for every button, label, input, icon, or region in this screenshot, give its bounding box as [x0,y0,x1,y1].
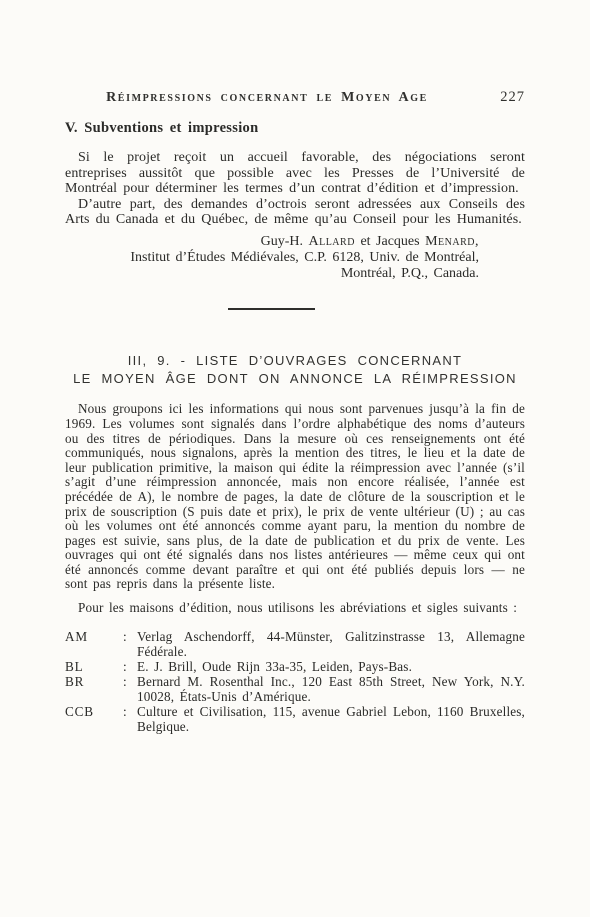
abbreviation-text: Culture et Civilisation, 115, avenue Gab… [137,704,525,734]
abbreviation-separator: : [123,629,137,659]
running-title: Réimpressions concernant le Moyen Age [106,90,428,105]
abbreviation-separator: : [123,674,137,704]
signature-line-authors: Guy-H. Allard et Jacques Menard, [65,234,479,250]
abbreviation-code: BR [65,674,123,704]
section-iii9-title-line2: LE MOYEN ÂGE DONT ON ANNONCE LA RÉIMPRES… [65,370,525,388]
section-v-heading: V. Subventions et impression [65,120,525,137]
section-iii9-title-line1: III, 9. - LISTE D’OUVRAGES CONCERNANT [65,352,525,370]
signature-line-city: Montréal, P.Q., Canada. [65,266,479,282]
abbreviation-row: AM : Verlag Aschendorff, 44-Münster, Gal… [65,629,525,659]
section-iii9-intro-paragraph: Nous groupons ici les informations qui n… [65,402,525,592]
abbreviation-row: BR : Bernard M. Rosenthal Inc., 120 East… [65,674,525,704]
section-v-paragraph-1: Si le projet reçoit un accueil favorable… [65,150,525,197]
signature-author-prefix: Guy-H. [261,234,303,249]
abbreviations-intro-paragraph: Pour les maisons d’édition, nous utiliso… [65,601,525,616]
abbreviation-separator: : [123,659,137,674]
page-number: 227 [500,89,525,106]
signature-author-1: Allard [308,234,354,249]
signature-author-connector: et Jacques [360,234,419,249]
abbreviation-row: CCB : Culture et Civilisation, 115, aven… [65,704,525,734]
signature-line-institute: Institut d’Études Médiévales, C.P. 6128,… [65,250,479,266]
signature-block: Guy-H. Allard et Jacques Menard, Institu… [65,234,525,281]
document-page: Réimpressions concernant le Moyen Age 22… [0,0,590,917]
abbreviation-row: BL : E. J. Brill, Oude Rijn 33a-35, Leid… [65,659,525,674]
abbreviation-code: BL [65,659,123,674]
abbreviation-list: AM : Verlag Aschendorff, 44-Münster, Gal… [65,629,525,734]
abbreviation-code: CCB [65,704,123,734]
section-v-paragraph-2: D’autre part, des demandes d’octrois ser… [65,197,525,228]
abbreviation-text: Bernard M. Rosenthal Inc., 120 East 85th… [137,674,525,704]
section-divider [228,308,315,310]
abbreviation-text: Verlag Aschendorff, 44-Münster, Galitzin… [137,629,525,659]
text-block: Réimpressions concernant le Moyen Age 22… [65,90,525,734]
abbreviation-code: AM [65,629,123,659]
abbreviation-separator: : [123,704,137,734]
running-header: Réimpressions concernant le Moyen Age 22… [65,90,525,107]
abbreviation-text: E. J. Brill, Oude Rijn 33a-35, Leiden, P… [137,659,525,674]
signature-author-2: Menard, [425,234,479,249]
section-iii9-title: III, 9. - LISTE D’OUVRAGES CONCERNANT LE… [65,352,525,388]
